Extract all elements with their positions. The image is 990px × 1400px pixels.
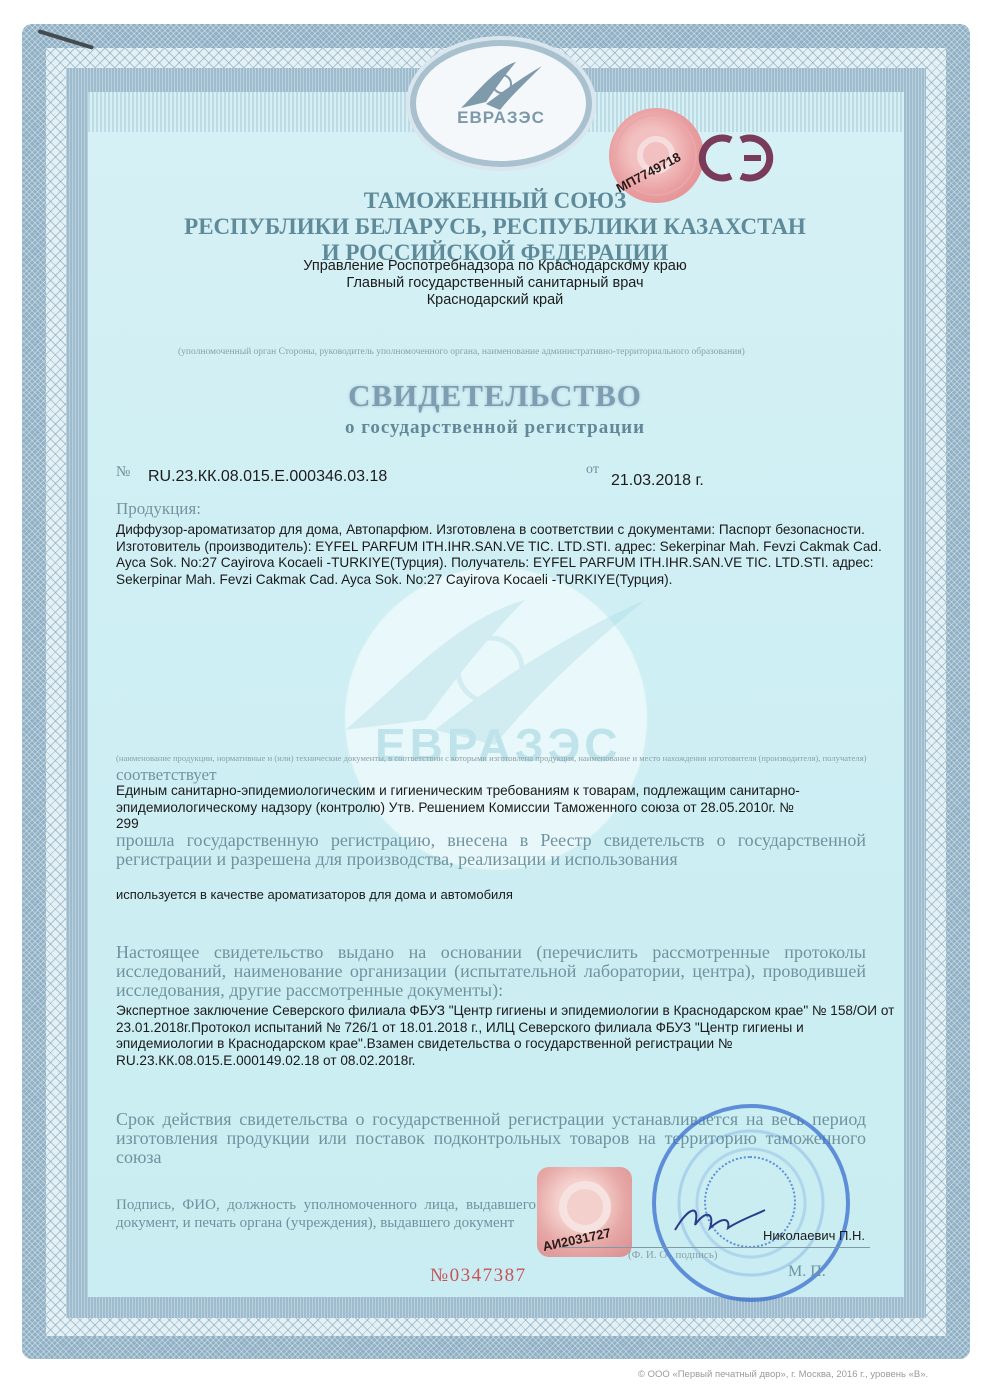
certificate-date: 21.03.2018 г. (611, 472, 704, 490)
signature-line (560, 1247, 870, 1248)
basis-statement: Настоящее свидетельство выдано на основа… (116, 943, 866, 1000)
customs-union-title: ТАМОЖЕННЫЙ СОЮЗ РЕСПУБЛИКИ БЕЛАРУСЬ, РЕС… (150, 188, 840, 266)
conformity-text: Единым санитарно-эпидемиологическим и ги… (116, 783, 816, 833)
authority-line: Главный государственный санитарный врач (150, 275, 840, 292)
signature-statement: Подпись, ФИО, должность уполномоченного … (116, 1196, 536, 1232)
union-line: РЕСПУБЛИКИ БЕЛАРУСЬ, РЕСПУБЛИКИ КАЗАХСТА… (150, 214, 840, 240)
date-label: от (586, 462, 599, 478)
product-note: (наименование продукции, нормативные и (… (116, 753, 867, 763)
printer-footer: © ООО «Первый печатный двор», г. Москва,… (638, 1369, 928, 1380)
certificate-number: RU.23.КК.08.015.Е.000346.03.18 (148, 468, 387, 486)
emblem-text: ЕВРАЗЭС (416, 108, 586, 128)
basis-documents: Экспертное заключение Северского филиала… (116, 1003, 896, 1069)
watermark-text: ЕВРАЗЭС (375, 718, 622, 772)
eurasec-logo-icon (456, 58, 546, 113)
signature-icon (670, 1200, 770, 1240)
issuing-authority: Управление Роспотребнадзора по Краснодар… (150, 258, 840, 309)
authority-note: (уполномоченный орган Стороны, руководит… (178, 347, 745, 357)
authority-line: Краснодарский край (150, 292, 840, 309)
eurasec-emblem: ЕВРАЗЭС (410, 40, 592, 167)
signer-name: Николаевич П.Н. (763, 1228, 865, 1243)
product-description: Диффузор-ароматизатор для дома, Автопарф… (116, 522, 886, 588)
certificate-subtitle: о государственной регистрации (0, 417, 990, 439)
authority-line: Управление Роспотребнадзора по Краснодар… (150, 258, 840, 275)
conformity-mark-icon (697, 128, 777, 188)
fio-note: (Ф. И. О., подпись) (628, 1249, 718, 1261)
serial-number: №0347387 (430, 1265, 527, 1287)
product-label: Продукция: (116, 499, 201, 519)
usage-text: используется в качестве ароматизаторов д… (116, 887, 513, 904)
certificate-title: СВИДЕТЕЛЬСТВО (0, 378, 990, 414)
seal-label: М. П. (788, 1263, 826, 1281)
certificate-document: ЕВРАЗЭС МП7749718 ТАМОЖЕННЫЙ СОЮЗ РЕСПУБ… (0, 0, 990, 1400)
registration-statement: прошла государственную регистрацию, внес… (116, 831, 866, 869)
number-label: № (116, 464, 130, 481)
conformity-label: соответствует (116, 765, 217, 785)
union-line: ТАМОЖЕННЫЙ СОЮЗ (150, 188, 840, 214)
